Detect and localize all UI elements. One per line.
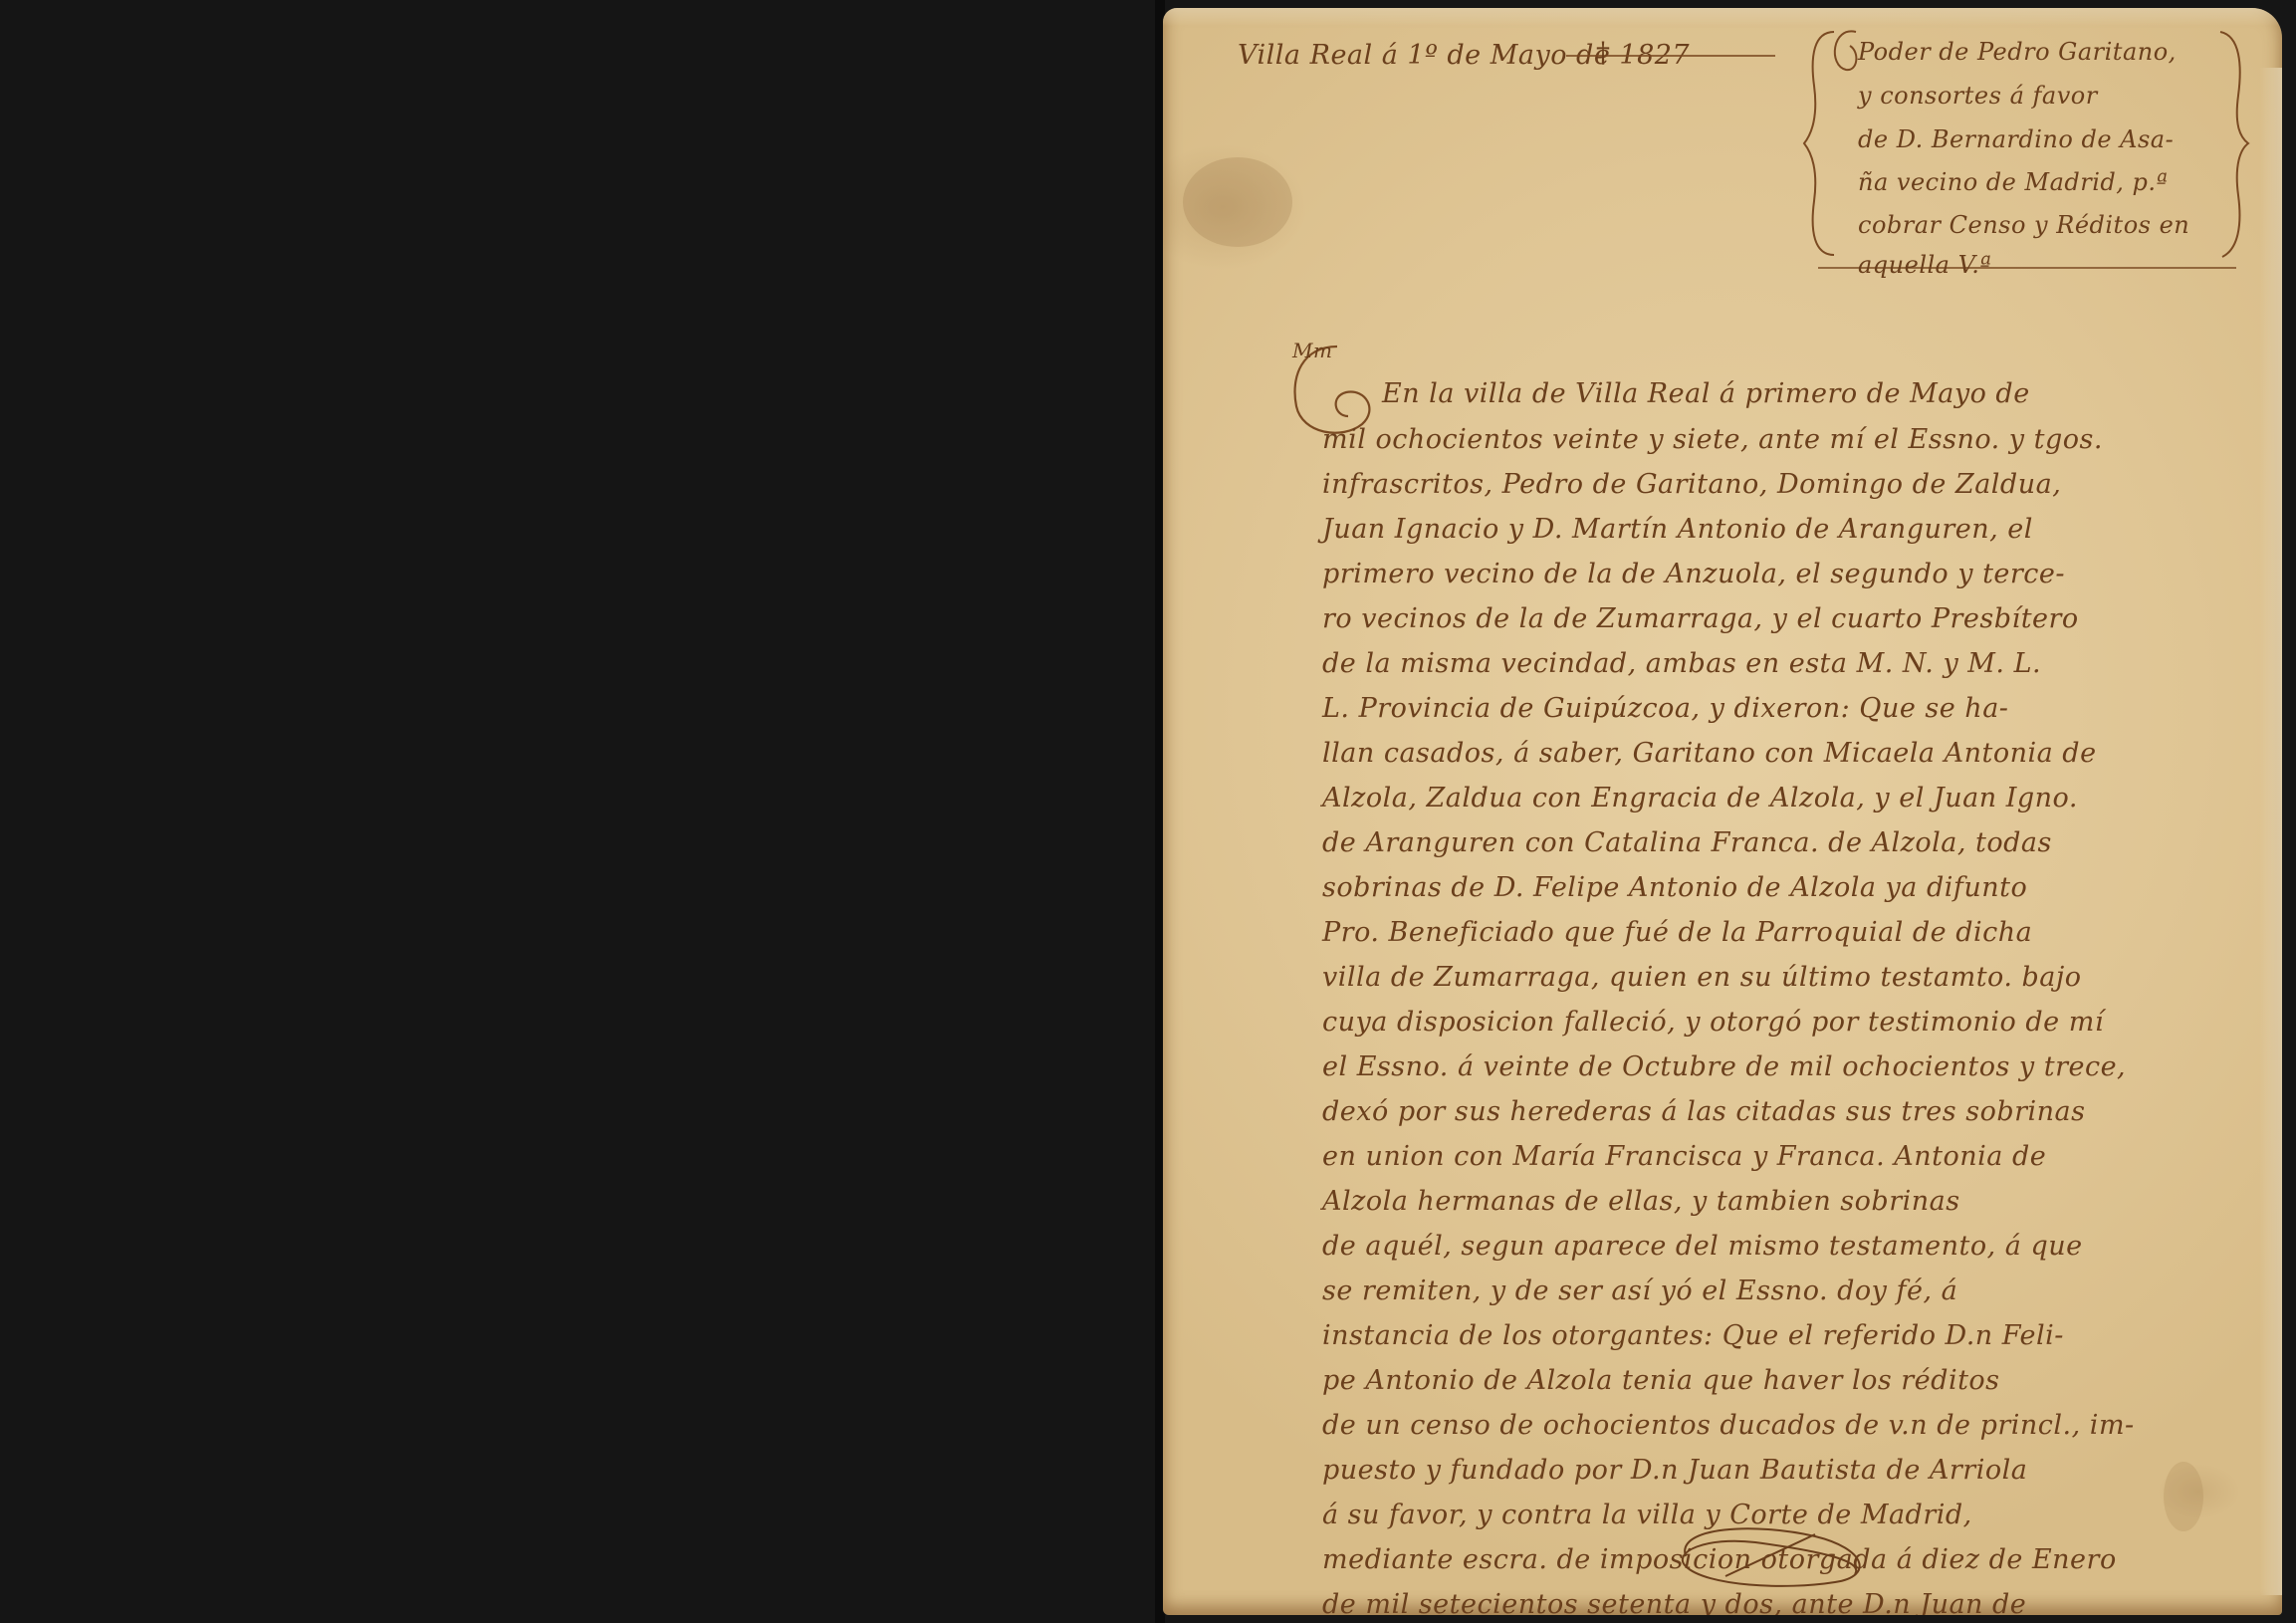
cross-mark: † bbox=[1596, 36, 1610, 69]
page-edge-background bbox=[2280, 0, 2296, 1623]
paper-stain bbox=[1183, 157, 1292, 247]
body-line: cuya disposicion falleció, y otorgó por … bbox=[1322, 1007, 2104, 1038]
body-line: dexó por sus herederas á las citadas sus… bbox=[1322, 1096, 2086, 1127]
body-line: instancia de los otorgantes: Que el refe… bbox=[1322, 1320, 2064, 1351]
margin-note-line: Poder de Pedro Garitano, bbox=[1858, 38, 2177, 66]
manuscript-page: Villa Real á 1º de Mayo de 1827 † Poder … bbox=[1163, 8, 2282, 1615]
margin-note-line: aquella V.ª bbox=[1858, 251, 1991, 279]
body-line: villa de Zumarraga, quien en su último t… bbox=[1322, 962, 2082, 993]
body-line: de aquél, segun aparece del mismo testam… bbox=[1322, 1231, 2083, 1262]
margin-note-line: ña vecino de Madrid, p.ª bbox=[1858, 168, 2168, 196]
body-line: el Essno. á veinte de Octubre de mil och… bbox=[1322, 1051, 2126, 1082]
paper-stain bbox=[2164, 1462, 2203, 1531]
body-line: Alzola, Zaldua con Engracia de Alzola, y… bbox=[1322, 783, 2078, 813]
initial-mark: Mm bbox=[1292, 339, 1332, 362]
body-line: Juan Ignacio y D. Martín Antonio de Aran… bbox=[1322, 514, 2033, 545]
body-line: primero vecino de la de Anzuola, el segu… bbox=[1322, 559, 2065, 589]
margin-note-line: cobrar Censo y Réditos en bbox=[1858, 211, 2189, 239]
body-line: Pro. Beneficiado que fué de la Parroquia… bbox=[1322, 917, 2032, 948]
closing-flourish-icon bbox=[1666, 1516, 1885, 1596]
body-line: de la misma vecindad, ambas en esta M. N… bbox=[1322, 648, 2041, 679]
body-line: de Aranguren con Catalina Franca. de Alz… bbox=[1322, 827, 2052, 858]
body-line: En la villa de Villa Real á primero de M… bbox=[1382, 378, 2030, 409]
body-line: mil ochocientos veinte y siete, ante mí … bbox=[1322, 424, 2103, 455]
body-line: Alzola hermanas de ellas, y tambien sobr… bbox=[1322, 1186, 1960, 1217]
body-line: L. Provincia de Guipúzcoa, y dixeron: Qu… bbox=[1322, 693, 2008, 724]
empty-viewer-panel bbox=[0, 0, 1155, 1623]
body-line: llan casados, á saber, Garitano con Mica… bbox=[1322, 738, 2097, 769]
document-viewer: Villa Real á 1º de Mayo de 1827 † Poder … bbox=[0, 0, 2296, 1623]
margin-note-line: y consortes á favor bbox=[1858, 82, 2098, 110]
body-line: puesto y fundado por D.n Juan Bautista d… bbox=[1322, 1455, 2027, 1486]
body-line: pe Antonio de Alzola tenia que haver los… bbox=[1322, 1365, 2000, 1396]
loop-flourish-icon bbox=[1822, 26, 1862, 260]
body-line: ro vecinos de la de Zumarraga, y el cuar… bbox=[1322, 603, 2079, 634]
body-line: sobrinas de D. Felipe Antonio de Alzola … bbox=[1322, 872, 2027, 903]
body-line: infrascritos, Pedro de Garitano, Domingo… bbox=[1322, 469, 2061, 500]
body-line: en union con María Francisca y Franca. A… bbox=[1322, 1141, 2046, 1172]
margin-note: Poder de Pedro Garitano, y consortes á f… bbox=[1800, 26, 2258, 275]
body-line: de un censo de ochocientos ducados de v.… bbox=[1322, 1410, 2135, 1441]
right-brace-icon bbox=[2212, 26, 2252, 260]
body-line: se remiten, y de ser así yó el Essno. do… bbox=[1322, 1275, 1957, 1306]
margin-note-line: de D. Bernardino de Asa- bbox=[1858, 125, 2174, 153]
